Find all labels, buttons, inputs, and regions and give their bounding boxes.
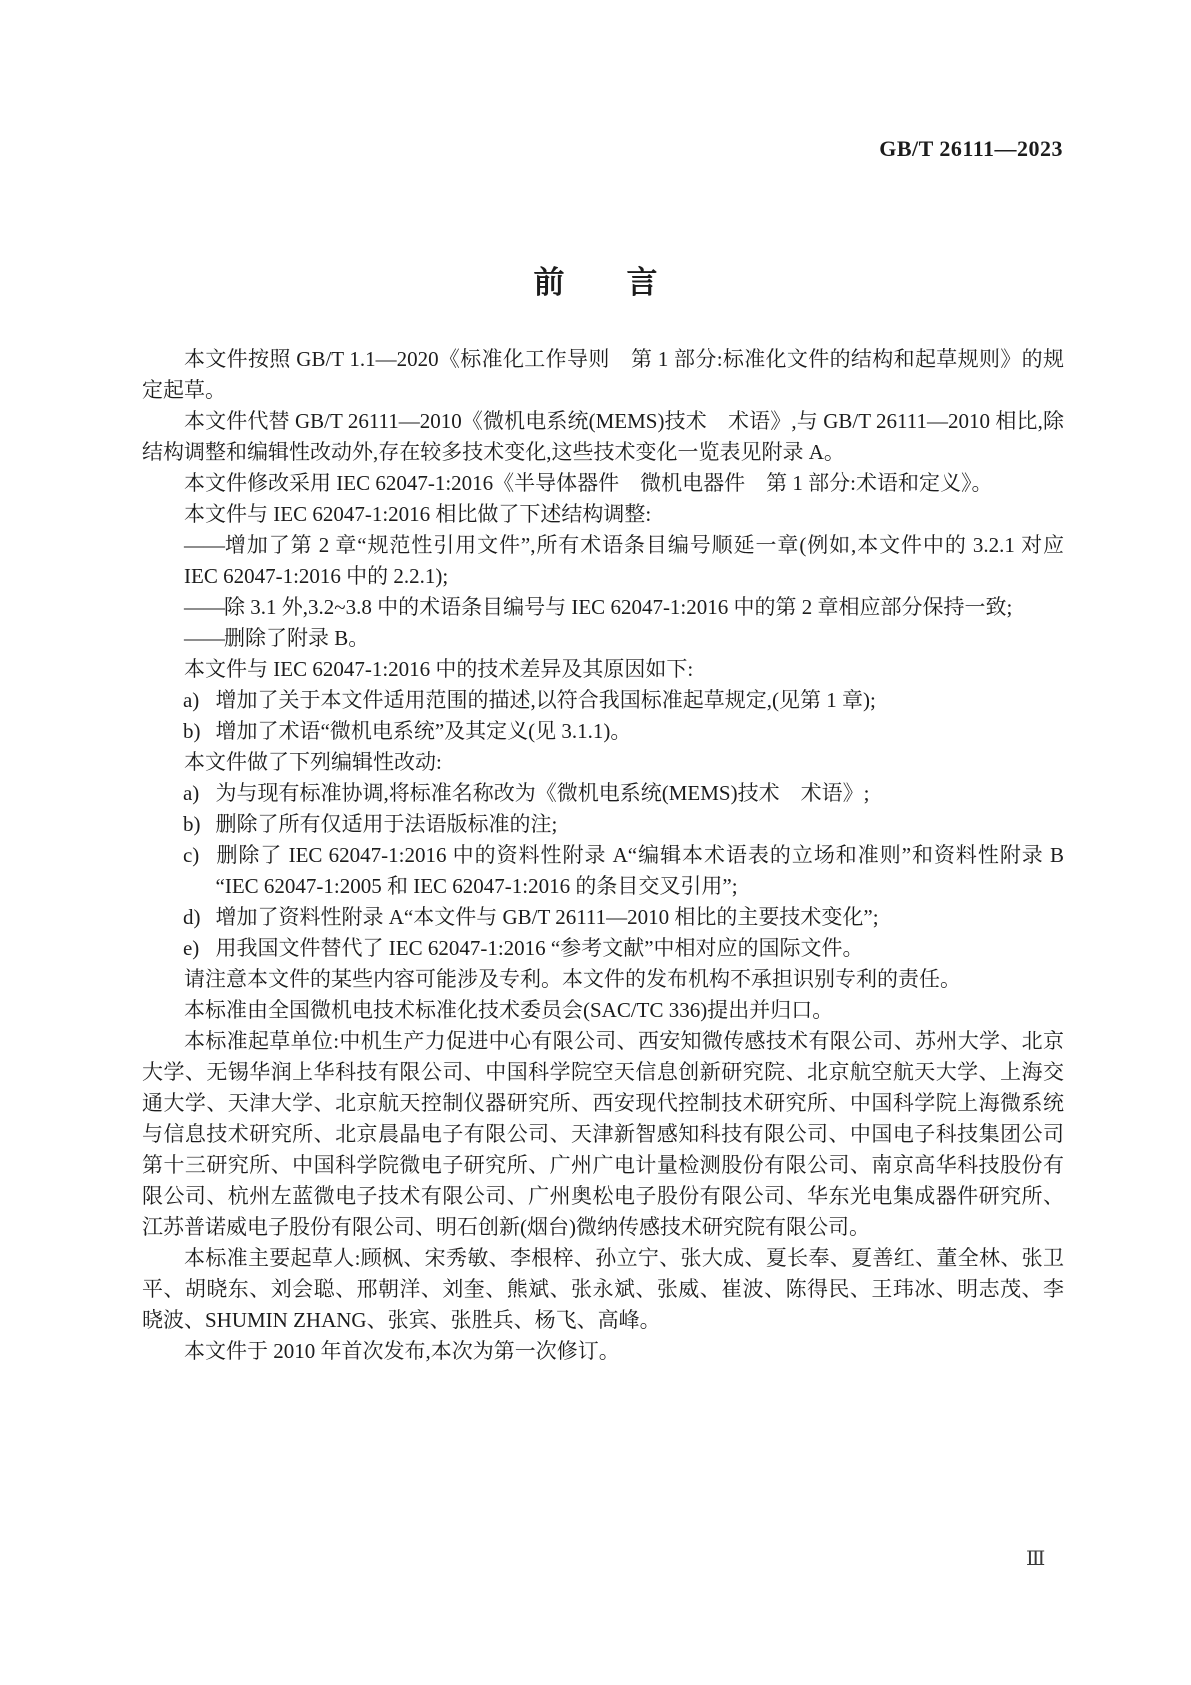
list-item-marker: e) bbox=[183, 933, 216, 964]
foreword-paragraph: a)为与现有标准协调,将标准名称改为《微机电系统(MEMS)技术 术语》; bbox=[142, 778, 1064, 809]
foreword-paragraph: 本文件代替 GB/T 26111—2010《微机电系统(MEMS)技术 术语》,… bbox=[142, 406, 1064, 468]
list-item-marker: d) bbox=[183, 902, 216, 933]
paragraph-text: 本标准由全国微机电技术标准化技术委员会(SAC/TC 336)提出并归口。 bbox=[184, 998, 833, 1022]
paragraph-text: 本文件与 IEC 62047-1:2016 相比做了下述结构调整: bbox=[184, 502, 651, 526]
foreword-paragraph: ——除 3.1 外,3.2~3.8 中的术语条目编号与 IEC 62047-1:… bbox=[142, 592, 1064, 623]
foreword-paragraph: 本标准起草单位:中机生产力促进中心有限公司、西安知微传感技术有限公司、苏州大学、… bbox=[142, 1026, 1064, 1243]
list-item-marker: a) bbox=[183, 685, 216, 716]
paragraph-text: 本文件按照 GB/T 1.1—2020《标准化工作导则 第 1 部分:标准化文件… bbox=[142, 347, 1064, 402]
paragraph-text: 本文件代替 GB/T 26111—2010《微机电系统(MEMS)技术 术语》,… bbox=[142, 409, 1064, 464]
paragraph-text: 本文件修改采用 IEC 62047-1:2016《半导体器件 微机电器件 第 1… bbox=[184, 471, 993, 495]
list-item-marker: a) bbox=[183, 778, 216, 809]
foreword-body: 本文件按照 GB/T 1.1—2020《标准化工作导则 第 1 部分:标准化文件… bbox=[142, 344, 1064, 1367]
paragraph-text: 删除了所有仅适用于法语版标准的注; bbox=[216, 812, 558, 836]
paragraph-text: 为与现有标准协调,将标准名称改为《微机电系统(MEMS)技术 术语》; bbox=[216, 781, 870, 805]
document-page: GB/T 26111—2023 前 言 本文件按照 GB/T 1.1—2020《… bbox=[0, 0, 1191, 1685]
paragraph-text: 本文件做了下列编辑性改动: bbox=[184, 750, 442, 774]
foreword-paragraph: b)删除了所有仅适用于法语版标准的注; bbox=[142, 809, 1064, 840]
standard-code-header: GB/T 26111—2023 bbox=[879, 136, 1063, 162]
foreword-paragraph: 本文件与 IEC 62047-1:2016 中的技术差异及其原因如下: bbox=[142, 654, 1064, 685]
list-item-marker: b) bbox=[183, 809, 216, 840]
foreword-paragraph: ——删除了附录 B。 bbox=[142, 623, 1064, 654]
dash-item-marker: —— bbox=[184, 533, 224, 557]
page-number: Ⅲ bbox=[1026, 1546, 1045, 1571]
foreword-paragraph: 本文件按照 GB/T 1.1—2020《标准化工作导则 第 1 部分:标准化文件… bbox=[142, 344, 1064, 406]
paragraph-text: 增加了第 2 章“规范性引用文件”,所有术语条目编号顺延一章(例如,本文件中的 … bbox=[184, 533, 1064, 588]
foreword-paragraph: e)用我国文件替代了 IEC 62047-1:2016 “参考文献”中相对应的国… bbox=[142, 933, 1064, 964]
foreword-paragraph: b)增加了术语“微机电系统”及其定义(见 3.1.1)。 bbox=[142, 716, 1064, 747]
list-item-marker: b) bbox=[183, 716, 216, 747]
list-item-marker: c) bbox=[183, 840, 216, 871]
foreword-paragraph: 本标准主要起草人:顾枫、宋秀敏、李根梓、孙立宁、张大成、夏长奉、夏善红、董全林、… bbox=[142, 1243, 1064, 1336]
foreword-paragraph: c)删除了 IEC 62047-1:2016 中的资料性附录 A“编辑本术语表的… bbox=[142, 840, 1064, 902]
foreword-paragraph: 本文件做了下列编辑性改动: bbox=[142, 747, 1064, 778]
paragraph-text: 删除了附录 B。 bbox=[224, 626, 369, 650]
foreword-paragraph: 本标准由全国微机电技术标准化技术委员会(SAC/TC 336)提出并归口。 bbox=[142, 995, 1064, 1026]
paragraph-text: 本标准起草单位:中机生产力促进中心有限公司、西安知微传感技术有限公司、苏州大学、… bbox=[142, 1029, 1064, 1239]
paragraph-text: 删除了 IEC 62047-1:2016 中的资料性附录 A“编辑本术语表的立场… bbox=[216, 843, 1065, 898]
paragraph-text: 增加了资料性附录 A“本文件与 GB/T 26111—2010 相比的主要技术变… bbox=[216, 905, 879, 929]
foreword-paragraph: ——增加了第 2 章“规范性引用文件”,所有术语条目编号顺延一章(例如,本文件中… bbox=[142, 530, 1064, 592]
foreword-paragraph: 本文件与 IEC 62047-1:2016 相比做了下述结构调整: bbox=[142, 499, 1064, 530]
foreword-paragraph: 本文件修改采用 IEC 62047-1:2016《半导体器件 微机电器件 第 1… bbox=[142, 468, 1064, 499]
paragraph-text: 本文件与 IEC 62047-1:2016 中的技术差异及其原因如下: bbox=[184, 657, 693, 681]
dash-item-marker: —— bbox=[184, 595, 224, 619]
foreword-paragraph: 请注意本文件的某些内容可能涉及专利。本文件的发布机构不承担识别专利的责任。 bbox=[142, 964, 1064, 995]
paragraph-text: 增加了关于本文件适用范围的描述,以符合我国标准起草规定,(见第 1 章); bbox=[216, 688, 876, 712]
paragraph-text: 除 3.1 外,3.2~3.8 中的术语条目编号与 IEC 62047-1:20… bbox=[224, 595, 1012, 619]
foreword-paragraph: d)增加了资料性附录 A“本文件与 GB/T 26111—2010 相比的主要技… bbox=[142, 902, 1064, 933]
paragraph-text: 增加了术语“微机电系统”及其定义(见 3.1.1)。 bbox=[216, 719, 632, 743]
foreword-paragraph: 本文件于 2010 年首次发布,本次为第一次修订。 bbox=[142, 1336, 1064, 1367]
paragraph-text: 请注意本文件的某些内容可能涉及专利。本文件的发布机构不承担识别专利的责任。 bbox=[184, 967, 961, 991]
foreword-paragraph: a)增加了关于本文件适用范围的描述,以符合我国标准起草规定,(见第 1 章); bbox=[142, 685, 1064, 716]
paragraph-text: 用我国文件替代了 IEC 62047-1:2016 “参考文献”中相对应的国际文… bbox=[216, 936, 864, 960]
paragraph-text: 本标准主要起草人:顾枫、宋秀敏、李根梓、孙立宁、张大成、夏长奉、夏善红、董全林、… bbox=[142, 1246, 1064, 1332]
dash-item-marker: —— bbox=[184, 626, 224, 650]
page-title: 前 言 bbox=[0, 257, 1191, 302]
paragraph-text: 本文件于 2010 年首次发布,本次为第一次修订。 bbox=[184, 1339, 620, 1363]
